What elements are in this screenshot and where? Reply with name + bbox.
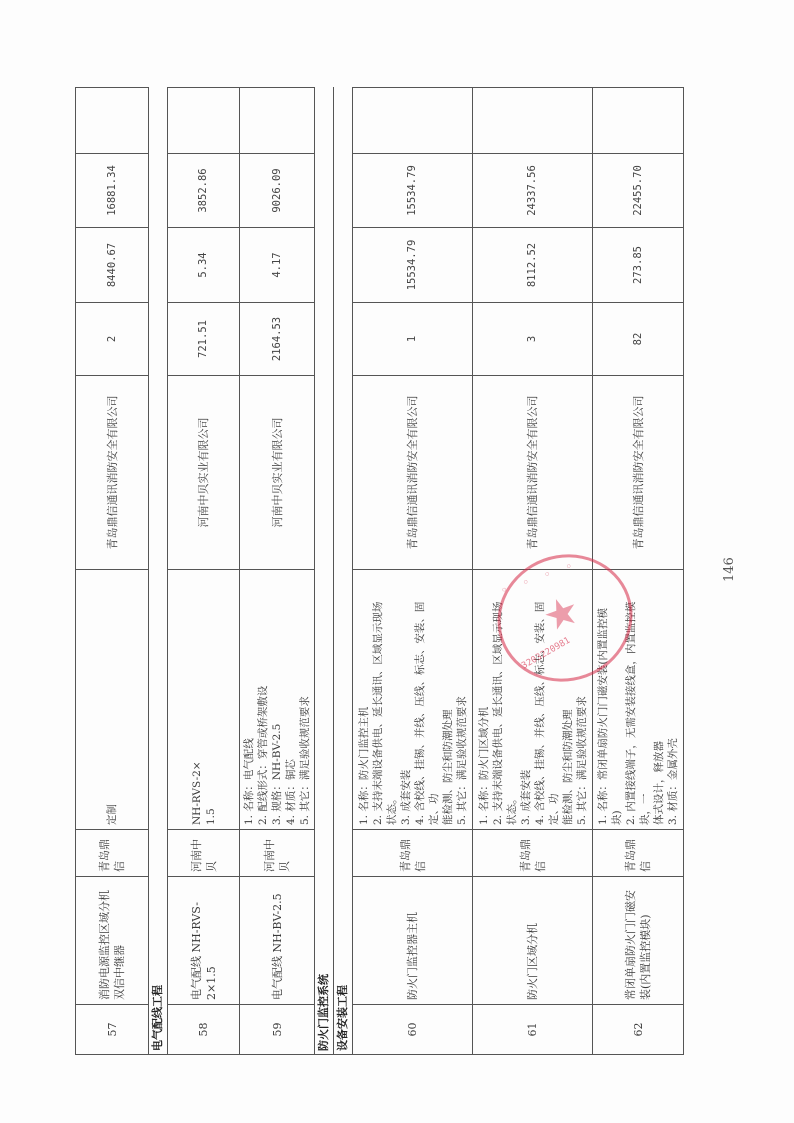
spec-line: 5. 其它：满足验收规范要求 xyxy=(455,574,469,825)
item-unit-price: 5.34 xyxy=(168,228,240,303)
spec-line: 3. 材质：金属外壳 xyxy=(666,574,680,825)
spec-line: 3. 成套安装 xyxy=(519,574,533,825)
item-unit-price: 15534.79 xyxy=(353,228,473,303)
item-brand: 青岛鼎信 xyxy=(353,830,473,877)
spec-line: 4. 含校线、挂锡、并线、压线、标志、安装、固 xyxy=(533,574,547,825)
table-row: 60防火门监控器主机青岛鼎信1. 名称：防火门监控主机2. 支持末端设备供电、延… xyxy=(353,88,473,1055)
section-title: 设备安装工程 xyxy=(334,88,353,1055)
spec-line: 定、功 xyxy=(427,574,441,825)
spec-line: 4. 含校线、挂锡、并线、压线、标志、安装、固 xyxy=(413,574,427,825)
item-spec: 1. 名称：防火门监控主机2. 支持末端设备供电、延长通讯、区域显示现场状态。3… xyxy=(353,570,473,830)
document-page: 57消防电源监控区域分机 双信中继器青岛鼎信定制青岛鼎信通讯消防安全有限公司28… xyxy=(0,0,794,1123)
item-spec: 1. 名称：常闭单扇防火门门磁安装(内置监控模块)2. 内置接线端子，无需安装接… xyxy=(593,570,684,830)
item-brand: 青岛鼎信 xyxy=(76,830,149,877)
spec-line: 2. 支持末端设备供电、延长通讯、区域显示现场 xyxy=(371,574,385,825)
item-quantity: 2 xyxy=(76,303,149,376)
item-supplier: 青岛鼎信通讯消防安全有限公司 xyxy=(473,376,593,570)
item-total: 3852.86 xyxy=(168,154,240,228)
spec-line: 能检测、防尘和防潮处理 xyxy=(561,574,575,825)
table-row: 61防火门区域分机青岛鼎信1. 名称：防火门区域分机2. 支持末端设备供电、延长… xyxy=(473,88,593,1055)
spec-line: 块，一 xyxy=(638,574,652,825)
item-spec: 1. 名称：防火门区域分机2. 支持末端设备供电、延长通讯、区域显示现场状态。3… xyxy=(473,570,593,830)
spec-line: 块) xyxy=(610,574,624,825)
item-brand: 青岛鼎信 xyxy=(593,830,684,877)
spec-line: 5. 其它：满足验收规范要求 xyxy=(298,574,312,825)
item-number: 57 xyxy=(76,1005,149,1055)
item-name: 常闭单扇防火门门磁安装(内置监控模块) xyxy=(593,877,684,1005)
item-quantity: 3 xyxy=(473,303,593,376)
spec-line: 2. 内置接线端子，无需安装接线盒，内置监控模 xyxy=(624,574,638,825)
spec-line: 4. 材质：铜芯 xyxy=(284,574,298,825)
section-header-row: 防火门监控系统 xyxy=(315,88,334,1055)
item-remark xyxy=(473,88,593,154)
spec-line: NH-RVS-2× xyxy=(190,574,204,825)
item-unit-price: 8440.67 xyxy=(76,228,149,303)
item-total: 15534.79 xyxy=(353,154,473,228)
spec-line: 3. 成套安装 xyxy=(399,574,413,825)
spec-line: 1. 名称：防火门区域分机 xyxy=(477,574,491,825)
item-total: 9026.09 xyxy=(240,154,315,228)
item-total: 24337.56 xyxy=(473,154,593,228)
item-unit-price: 273.85 xyxy=(593,228,684,303)
item-unit-price: 4.17 xyxy=(240,228,315,303)
item-supplier: 河南中贝实业有限公司 xyxy=(240,376,315,570)
item-number: 62 xyxy=(593,1005,684,1055)
item-brand: 河南中贝 xyxy=(240,830,315,877)
item-name: 电气配线 NH-RVS-2×1.5 xyxy=(168,877,240,1005)
spec-line: 1. 名称：电气配线 xyxy=(242,574,256,825)
spec-line: 3. 规格：NH-BV-2.5 xyxy=(270,574,284,825)
item-quantity: 1 xyxy=(353,303,473,376)
spec-line: 定制 xyxy=(105,574,119,825)
spec-line: 能检测、防尘和防潮处理 xyxy=(441,574,455,825)
spec-line: 状态。 xyxy=(385,574,399,825)
item-spec: 1. 名称：电气配线2. 配线形式：穿管或桥架敷设3. 规格：NH-BV-2.5… xyxy=(240,570,315,830)
section-header-row: 设备安装工程 xyxy=(334,88,353,1055)
item-supplier: 青岛鼎信通讯消防安全有限公司 xyxy=(76,376,149,570)
item-remark xyxy=(593,88,684,154)
spec-line: 5. 其它：满足验收规范要求 xyxy=(575,574,589,825)
item-supplier: 河南中贝实业有限公司 xyxy=(168,376,240,570)
item-name: 消防电源监控区域分机 双信中继器 xyxy=(76,877,149,1005)
price-list-table: 57消防电源监控区域分机 双信中继器青岛鼎信定制青岛鼎信通讯消防安全有限公司28… xyxy=(75,87,684,1055)
table-row: 57消防电源监控区域分机 双信中继器青岛鼎信定制青岛鼎信通讯消防安全有限公司28… xyxy=(76,88,149,1055)
item-spec: NH-RVS-2×1.5 xyxy=(168,570,240,830)
spec-line: 1. 名称：常闭单扇防火门门磁安装(内置监控模 xyxy=(596,574,610,825)
item-remark xyxy=(240,88,315,154)
item-supplier: 青岛鼎信通讯消防安全有限公司 xyxy=(593,376,684,570)
table-row: 59电气配线 NH-BV-2.5河南中贝1. 名称：电气配线2. 配线形式：穿管… xyxy=(240,88,315,1055)
section-title: 电气配线工程 xyxy=(149,88,168,1055)
item-name: 电气配线 NH-BV-2.5 xyxy=(240,877,315,1005)
item-number: 58 xyxy=(168,1005,240,1055)
item-remark xyxy=(76,88,149,154)
section-header-row: 电气配线工程 xyxy=(149,88,168,1055)
spec-line: 2. 支持末端设备供电、延长通讯、区域显示现场 xyxy=(491,574,505,825)
item-supplier: 青岛鼎信通讯消防安全有限公司 xyxy=(353,376,473,570)
item-brand: 河南中贝 xyxy=(168,830,240,877)
item-total: 16881.34 xyxy=(76,154,149,228)
page-number: 146 xyxy=(722,557,737,582)
item-quantity: 721.51 xyxy=(168,303,240,376)
spec-line: 体式设计，释放器 xyxy=(652,574,666,825)
item-remark xyxy=(353,88,473,154)
table-row: 62常闭单扇防火门门磁安装(内置监控模块)青岛鼎信1. 名称：常闭单扇防火门门磁… xyxy=(593,88,684,1055)
item-brand: 青岛鼎信 xyxy=(473,830,593,877)
rotated-table-container: 57消防电源监控区域分机 双信中继器青岛鼎信定制青岛鼎信通讯消防安全有限公司28… xyxy=(75,88,683,1055)
item-number: 61 xyxy=(473,1005,593,1055)
spec-line: 1.5 xyxy=(204,574,218,825)
spec-line: 定、功 xyxy=(547,574,561,825)
section-title: 防火门监控系统 xyxy=(315,88,334,1055)
item-name: 防火门区域分机 xyxy=(473,877,593,1005)
item-quantity: 2164.53 xyxy=(240,303,315,376)
item-spec: 定制 xyxy=(76,570,149,830)
table-row: 58电气配线 NH-RVS-2×1.5河南中贝NH-RVS-2×1.5河南中贝实… xyxy=(168,88,240,1055)
item-number: 60 xyxy=(353,1005,473,1055)
spec-line: 1. 名称：防火门监控主机 xyxy=(357,574,371,825)
item-quantity: 82 xyxy=(593,303,684,376)
item-remark xyxy=(168,88,240,154)
item-unit-price: 8112.52 xyxy=(473,228,593,303)
item-number: 59 xyxy=(240,1005,315,1055)
spec-line: 2. 配线形式：穿管或桥架敷设 xyxy=(256,574,270,825)
item-name: 防火门监控器主机 xyxy=(353,877,473,1005)
item-total: 22455.70 xyxy=(593,154,684,228)
spec-line: 状态。 xyxy=(505,574,519,825)
